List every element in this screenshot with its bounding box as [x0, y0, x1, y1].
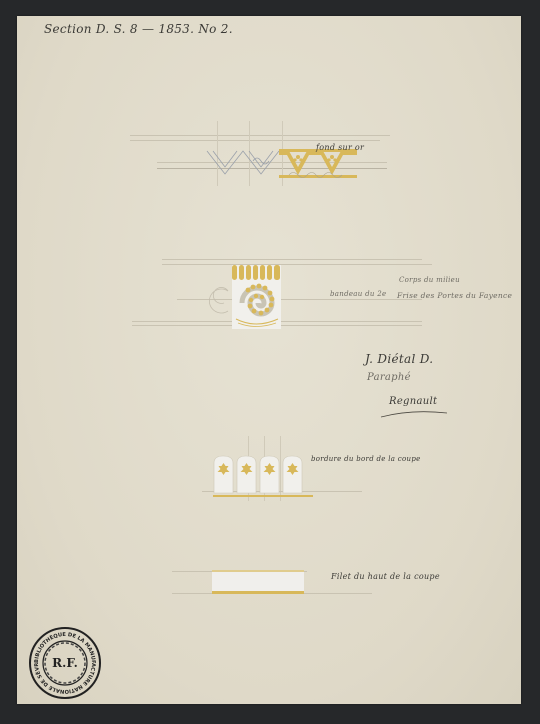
header-note: Section D. S. 8 — 1853. No 2.	[44, 22, 233, 36]
drawing-sheet: Section D. S. 8 — 1853. No 2. fond sur o…	[17, 16, 521, 704]
scroll-label-right-2: Frise des Portes du Fayence	[397, 291, 512, 300]
scroll-label-left: bandeau du 2e	[330, 290, 386, 298]
approval-line-1: J. Diétal D.	[365, 352, 433, 366]
guide-line	[162, 264, 432, 265]
scroll-label-right-1: Corps du milieu	[399, 276, 460, 284]
band-label: Filet du haut de la coupe	[331, 572, 440, 581]
library-stamp: BIBLIOTHÈQUE DE LA MANUFACTURE NATIONALE…	[29, 627, 101, 699]
approval-line-2: Paraphé	[367, 372, 411, 383]
approval-signature: Regnault	[389, 396, 437, 407]
frieze-label: fond sur or	[316, 143, 364, 152]
signature-flourish	[379, 409, 449, 419]
guide-line	[162, 259, 422, 260]
spiral-scroll-ornament	[232, 265, 282, 330]
guide-line	[130, 140, 380, 141]
triangle-frieze-ornament	[207, 149, 357, 181]
stamp-center-text: R.F.	[52, 656, 78, 670]
arched-niche-ornament	[213, 455, 313, 499]
arches-label: bordure du bord de la coupe	[311, 455, 421, 463]
scroll-pencil-sketch	[200, 286, 230, 316]
guide-line	[130, 135, 390, 136]
plain-band-ornament	[212, 570, 304, 594]
